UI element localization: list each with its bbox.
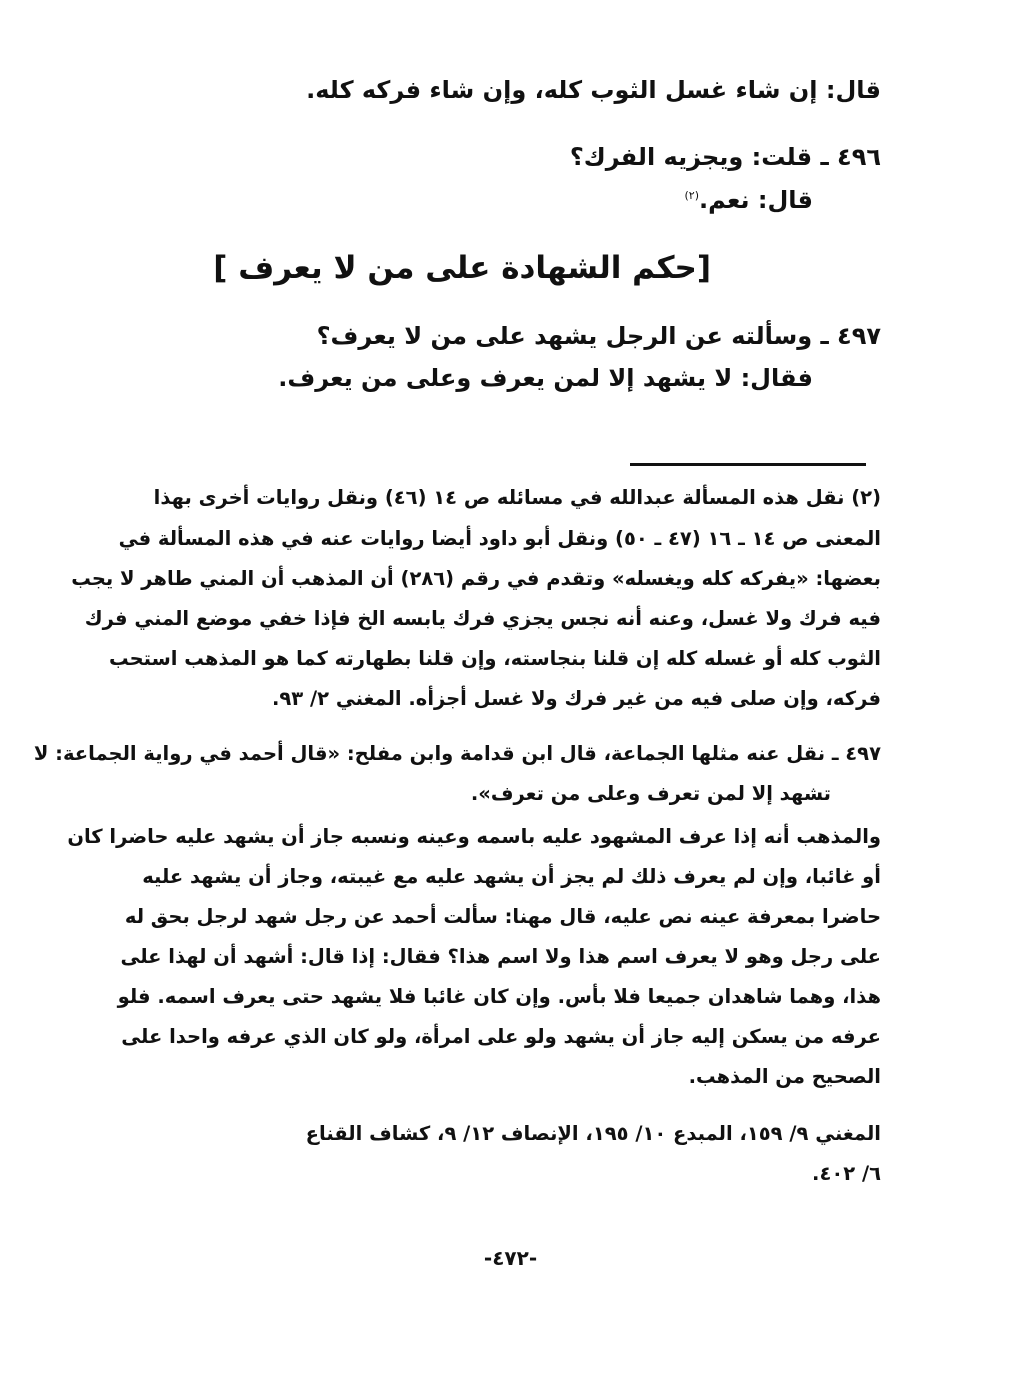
answer-497: فقال: لا يشهد إلا لمن يعرف وعلى من يعرف. (278, 364, 813, 392)
references-line: ٦/ ٤٠٢. (160, 1162, 881, 1185)
references-line: المغني ٩/ ١٥٩، المبدع ١٠/ ١٩٥، الإنصاف ١… (160, 1122, 881, 1145)
answer-line-495: قال: إن شاء غسل الثوب كله، وإن شاء فركه … (306, 76, 881, 104)
footnote-2-line: فيه فرك ولا غسل، وعنه أنه نجس يجزي فرك ي… (160, 607, 881, 630)
question-number: ٤٩٦ ـ (820, 143, 881, 171)
question-text: قلت: ويجزيه الفرك؟ (570, 143, 812, 171)
footnote-2-line: فركه، وإن صلى فيه من غير فرك ولا غسل أجز… (160, 687, 881, 710)
footnote-497-line: عرفه من يسكن إليه جاز أن يشهد ولو على ام… (160, 1025, 881, 1048)
question-496: ٤٩٦ ـ قلت: ويجزيه الفرك؟ (570, 143, 881, 171)
question-497: ٤٩٧ ـ وسألته عن الرجل يشهد على من لا يعر… (317, 322, 881, 350)
footnote-497-line: تشهد إلا لمن تعرف وعلى من تعرف». (160, 782, 831, 805)
footnote-2-line: (٢) نقل هذه المسألة عبدالله في مسائله ص … (160, 486, 881, 509)
footnote-497-line: أو غائبا، وإن لم يعرف ذلك لم يجز أن يشهد… (160, 865, 881, 888)
footnote-497-line: حاضرا بمعرفة عينه نص عليه، قال مهنا: سأل… (160, 905, 881, 928)
footnote-497-line: هذا، وهما شاهدان جميعا فلا بأس. وإن كان … (160, 985, 881, 1008)
footnote-separator (630, 463, 866, 466)
section-heading: [حكم الشهادة على من لا يعرف ] (213, 250, 711, 286)
footnote-497-line: الصحيح من المذهب. (160, 1065, 881, 1088)
footnote-497-line: على رجل وهو لا يعرف اسم هذا ولا اسم هذا؟… (160, 945, 881, 968)
answer-496: قال: نعم.(٢) (684, 186, 813, 214)
footnote-2-line: الثوب كله أو غسله كله إن قلنا بنجاسته، و… (160, 647, 881, 670)
footnote-2-line: المعنى ص ١٤ ـ ١٦ (٤٧ ـ ٥٠) ونقل أبو داود… (160, 527, 881, 550)
footnote-2-line: بعضها: «يفركه كله ويغسله» وتقدم في رقم (… (160, 567, 881, 590)
question-text: وسألته عن الرجل يشهد على من لا يعرف؟ (317, 322, 813, 350)
footnote-497-line: والمذهب أنه إذا عرف المشهود عليه باسمه و… (160, 825, 881, 848)
question-number: ٤٩٧ ـ (820, 322, 881, 350)
footnote-ref: (٢) (684, 189, 699, 202)
page-number: -٤٧٢- (0, 1246, 1021, 1270)
document-page: قال: إن شاء غسل الثوب كله، وإن شاء فركه … (0, 0, 1021, 1388)
footnote-497-line: ٤٩٧ ـ نقل عنه مثلها الجماعة، قال ابن قدا… (160, 742, 881, 765)
answer-text: قال: نعم. (699, 186, 813, 214)
